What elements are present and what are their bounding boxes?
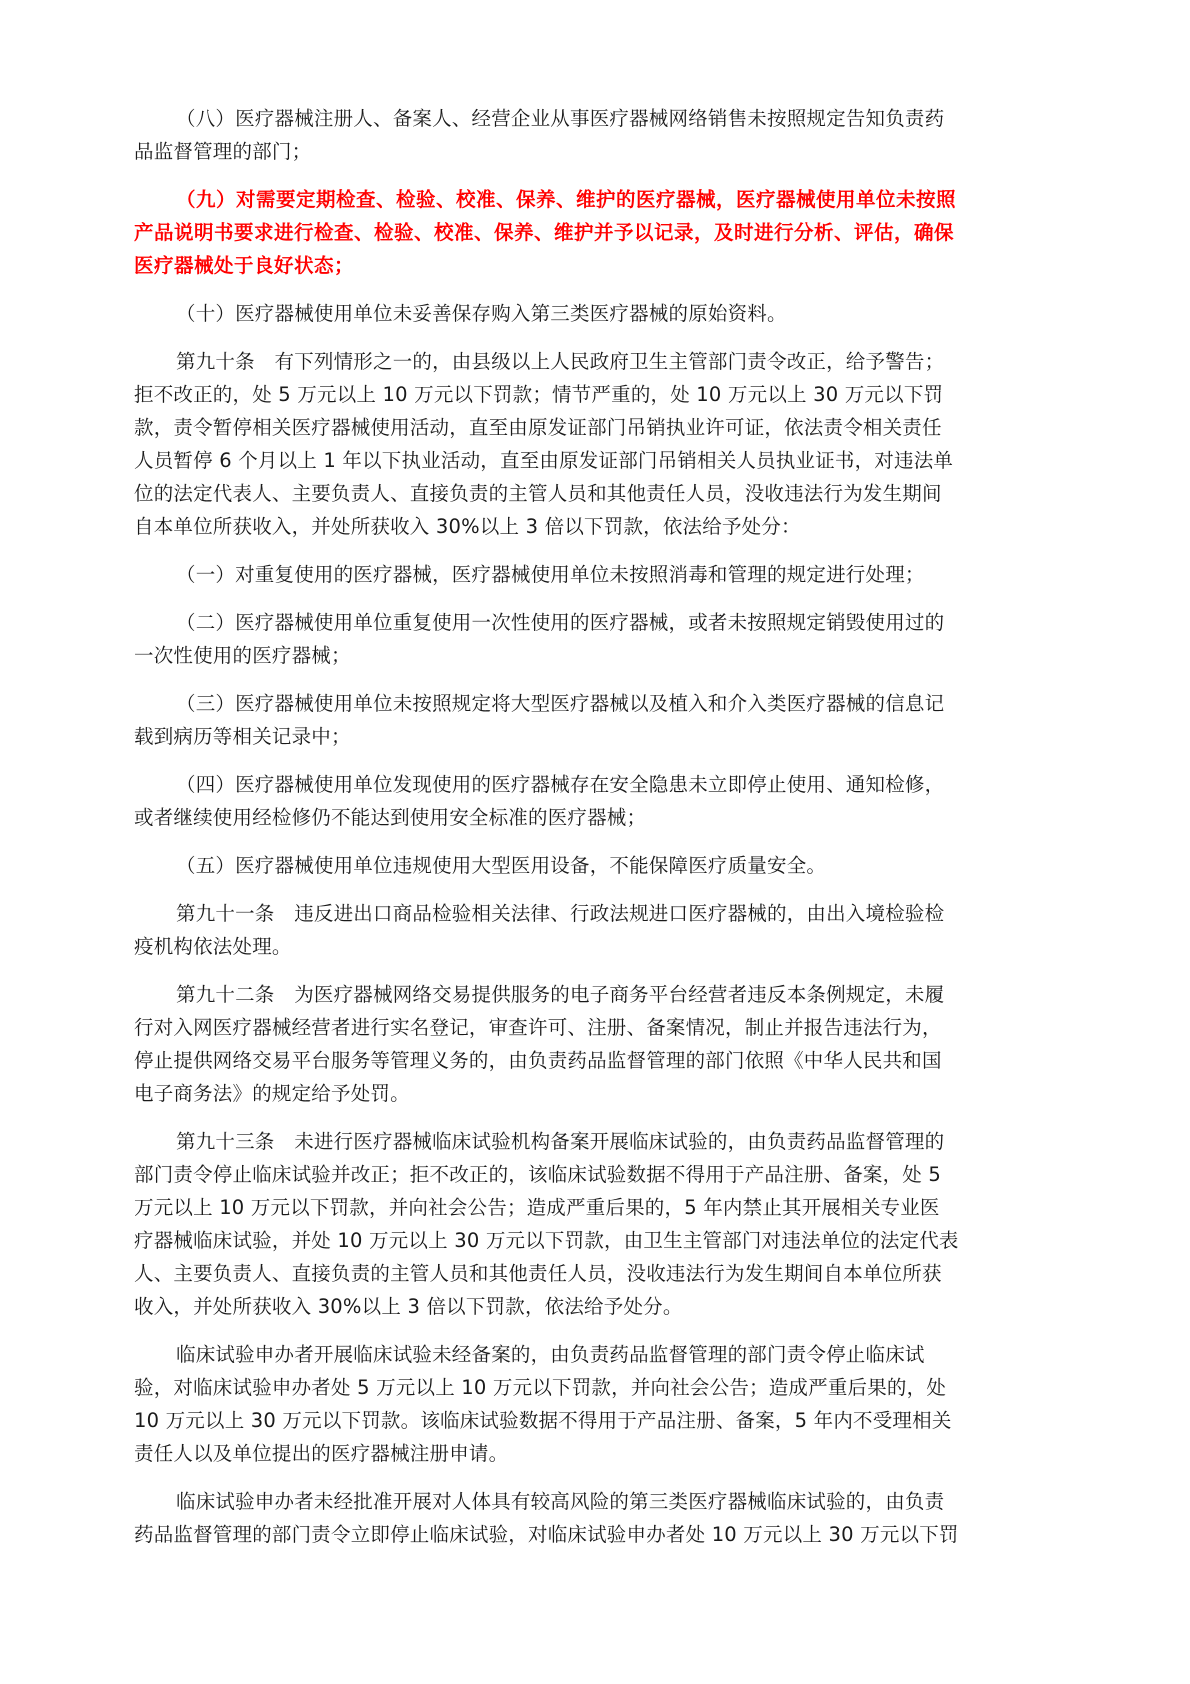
- text-line: 第九十二条 为医疗器械网络交易提供服务的电子商务平台经营者违反本条例规定，未履: [134, 978, 976, 1011]
- text-line: 医疗器械处于良好状态；: [134, 249, 976, 282]
- text-line: 拒不改正的，处 5 万元以上 10 万元以下罚款；情节严重的，处 10 万元以上…: [134, 378, 976, 411]
- text-line: 万元以上 10 万元以下罚款，并向社会公告；造成严重后果的，5 年内禁止其开展相…: [134, 1191, 976, 1224]
- paragraph-art90-item-5: （五）医疗器械使用单位违规使用大型医用设备，不能保障医疗质量安全。: [134, 849, 976, 882]
- text-line: （四）医疗器械使用单位发现使用的医疗器械存在安全隐患未立即停止使用、通知检修，: [134, 768, 976, 801]
- text-line: （一）对重复使用的医疗器械，医疗器械使用单位未按照消毒和管理的规定进行处理；: [134, 558, 976, 591]
- text-line: 药品监督管理的部门责令立即停止临床试验，对临床试验申办者处 10 万元以上 30…: [134, 1518, 976, 1551]
- paragraph-item-8: （八）医疗器械注册人、备案人、经营企业从事医疗器械网络销售未按照规定告知负责药 …: [134, 102, 976, 168]
- text-line: （八）医疗器械注册人、备案人、经营企业从事医疗器械网络销售未按照规定告知负责药: [134, 102, 976, 135]
- paragraph-article-93: 第九十三条 未进行医疗器械临床试验机构备案开展临床试验的，由负责药品监督管理的 …: [134, 1125, 976, 1323]
- text-line: （九）对需要定期检查、检验、校准、保养、维护的医疗器械，医疗器械使用单位未按照: [134, 183, 976, 216]
- paragraph-item-9-highlighted: （九）对需要定期检查、检验、校准、保养、维护的医疗器械，医疗器械使用单位未按照 …: [134, 183, 976, 282]
- text-line: 一次性使用的医疗器械；: [134, 639, 976, 672]
- paragraph-art93-sponsor-unapproved: 临床试验申办者未经批准开展对人体具有较高风险的第三类医疗器械临床试验的，由负责 …: [134, 1485, 976, 1551]
- text-line: 疗器械临床试验，并处 10 万元以上 30 万元以下罚款，由卫生主管部门对违法单…: [134, 1224, 976, 1257]
- text-line: （十）医疗器械使用单位未妥善保存购入第三类医疗器械的原始资料。: [134, 297, 976, 330]
- text-line: 电子商务法》的规定给予处罚。: [134, 1077, 976, 1110]
- text-line: 载到病历等相关记录中；: [134, 720, 976, 753]
- text-line: 停止提供网络交易平台服务等管理义务的，由负责药品监督管理的部门依照《中华人民共和…: [134, 1044, 976, 1077]
- text-line: 部门责令停止临床试验并改正；拒不改正的，该临床试验数据不得用于产品注册、备案，处…: [134, 1158, 976, 1191]
- text-line: 10 万元以上 30 万元以下罚款。该临床试验数据不得用于产品注册、备案，5 年…: [134, 1404, 976, 1437]
- text-line: 责任人以及单位提出的医疗器械注册申请。: [134, 1437, 976, 1470]
- text-line: 位的法定代表人、主要负责人、直接负责的主管人员和其他责任人员，没收违法行为发生期…: [134, 477, 976, 510]
- paragraph-art90-item-3: （三）医疗器械使用单位未按照规定将大型医疗器械以及植入和介入类医疗器械的信息记 …: [134, 687, 976, 753]
- text-line: 或者继续使用经检修仍不能达到使用安全标准的医疗器械；: [134, 801, 976, 834]
- text-line: （五）医疗器械使用单位违规使用大型医用设备，不能保障医疗质量安全。: [134, 849, 976, 882]
- text-line: 临床试验申办者开展临床试验未经备案的，由负责药品监督管理的部门责令停止临床试: [134, 1338, 976, 1371]
- text-line: 产品说明书要求进行检查、检验、校准、保养、维护并予以记录，及时进行分析、评估，确…: [134, 216, 976, 249]
- text-line: 款，责令暂停相关医疗器械使用活动，直至由原发证部门吊销执业许可证，依法责令相关责…: [134, 411, 976, 444]
- paragraph-item-10: （十）医疗器械使用单位未妥善保存购入第三类医疗器械的原始资料。: [134, 297, 976, 330]
- text-line: （二）医疗器械使用单位重复使用一次性使用的医疗器械，或者未按照规定销毁使用过的: [134, 606, 976, 639]
- paragraph-article-92: 第九十二条 为医疗器械网络交易提供服务的电子商务平台经营者违反本条例规定，未履 …: [134, 978, 976, 1110]
- paragraph-article-90: 第九十条 有下列情形之一的，由县级以上人民政府卫生主管部门责令改正，给予警告； …: [134, 345, 976, 543]
- text-line: 临床试验申办者未经批准开展对人体具有较高风险的第三类医疗器械临床试验的，由负责: [134, 1485, 976, 1518]
- text-line: 人员暂停 6 个月以上 1 年以下执业活动，直至由原发证部门吊销相关人员执业证书…: [134, 444, 976, 477]
- paragraph-art90-item-4: （四）医疗器械使用单位发现使用的医疗器械存在安全隐患未立即停止使用、通知检修， …: [134, 768, 976, 834]
- text-line: 验，对临床试验申办者处 5 万元以上 10 万元以下罚款，并向社会公告；造成严重…: [134, 1371, 976, 1404]
- text-line: 第九十三条 未进行医疗器械临床试验机构备案开展临床试验的，由负责药品监督管理的: [134, 1125, 976, 1158]
- text-line: 第九十一条 违反进出口商品检验相关法律、行政法规进口医疗器械的，由出入境检验检: [134, 897, 976, 930]
- text-line: 第九十条 有下列情形之一的，由县级以上人民政府卫生主管部门责令改正，给予警告；: [134, 345, 976, 378]
- paragraph-article-91: 第九十一条 违反进出口商品检验相关法律、行政法规进口医疗器械的，由出入境检验检 …: [134, 897, 976, 963]
- text-line: 自本单位所获收入，并处所获收入 30%以上 3 倍以下罚款，依法给予处分：: [134, 510, 976, 543]
- text-line: 品监督管理的部门；: [134, 135, 976, 168]
- document-page: （八）医疗器械注册人、备案人、经营企业从事医疗器械网络销售未按照规定告知负责药 …: [134, 102, 976, 1566]
- text-line: 行对入网医疗器械经营者进行实名登记，审查许可、注册、备案情况，制止并报告违法行为…: [134, 1011, 976, 1044]
- paragraph-art90-item-2: （二）医疗器械使用单位重复使用一次性使用的医疗器械，或者未按照规定销毁使用过的 …: [134, 606, 976, 672]
- paragraph-art90-item-1: （一）对重复使用的医疗器械，医疗器械使用单位未按照消毒和管理的规定进行处理；: [134, 558, 976, 591]
- paragraph-art93-sponsor-unfiled: 临床试验申办者开展临床试验未经备案的，由负责药品监督管理的部门责令停止临床试 验…: [134, 1338, 976, 1470]
- text-line: 收入，并处所获收入 30%以上 3 倍以下罚款，依法给予处分。: [134, 1290, 976, 1323]
- text-line: （三）医疗器械使用单位未按照规定将大型医疗器械以及植入和介入类医疗器械的信息记: [134, 687, 976, 720]
- text-line: 人、主要负责人、直接负责的主管人员和其他责任人员，没收违法行为发生期间自本单位所…: [134, 1257, 976, 1290]
- text-line: 疫机构依法处理。: [134, 930, 976, 963]
